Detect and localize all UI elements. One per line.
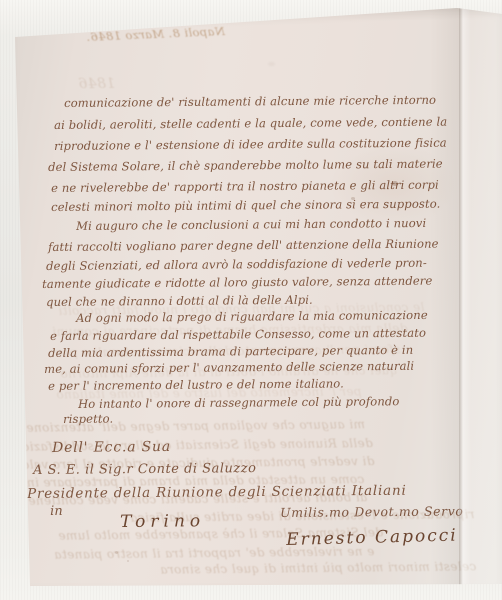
closing-salutation: Dell' Ecc.a Sua [52,439,171,456]
letter-body-line: Mi auguro che le conclusioni a cui mi ha… [76,216,426,233]
letter-body-line: ai bolidi, aeroliti, stelle cadenti e la… [54,115,447,132]
bleedthrough-line: celesti minori molto più intimi di quel … [160,559,476,576]
letter-body-line: e per l' incremento del lustro e del nom… [48,376,344,393]
letter-body-line: tamente giudicate e ridotte al loro gius… [42,274,432,291]
ink-stain [115,551,118,554]
letter-body-line: degli Scienziati, ed allora avrò la sodd… [46,256,427,273]
photograph-background: Napoli 8. Marzo 1846. 1846 le conclusion… [0,0,502,600]
fold-shadow [430,0,459,600]
ink-stain [351,197,355,200]
addressee-city: Torino [120,511,205,532]
addressee-title: Presidente della Riunione degli Scienzia… [27,483,407,502]
letter-body-line: della mia ardentissima brama di partecip… [48,343,413,360]
letter-body-line: comunicazione de' risultamenti di alcune… [64,93,436,110]
ink-stain [127,560,129,562]
letter-body-line: del Sistema Solare, il chè spanderebbe m… [48,157,443,174]
top-edge-shadow [10,0,502,46]
letter-body-line: quel che ne diranno i dotti al di là del… [46,293,313,309]
addressee-name: A S. E. il Sig.r Conte di Saluzzo [33,461,256,478]
letter-body-line: celesti minori molto più intimi di quel … [51,197,440,214]
letter-body-line: rispetto. [63,412,113,426]
bleedthrough-date: Napoli 8. Marzo 1846. [86,24,225,44]
letter-body-line: e farla riguardare dal rispettabile Cons… [50,326,426,343]
letter-body-line: fatti raccolti vogliano parer degne dell… [48,237,439,254]
letter-body-line: e ne rivelerebbe de' rapporti tra il nos… [51,178,439,195]
letter-sheet: Napoli 8. Marzo 1846. 1846 le conclusion… [0,0,502,600]
ink-stain [392,181,398,186]
bleedthrough-year: 1846 [78,76,115,92]
letter-body-line: Ho intanto l' onore di rassegnarmele col… [78,394,400,411]
letter-body-line: riproduzione e l' estensione di idee ard… [54,136,447,153]
addressee-in: in [50,504,63,519]
ink-stain [268,62,275,66]
fold-crease [459,0,502,600]
